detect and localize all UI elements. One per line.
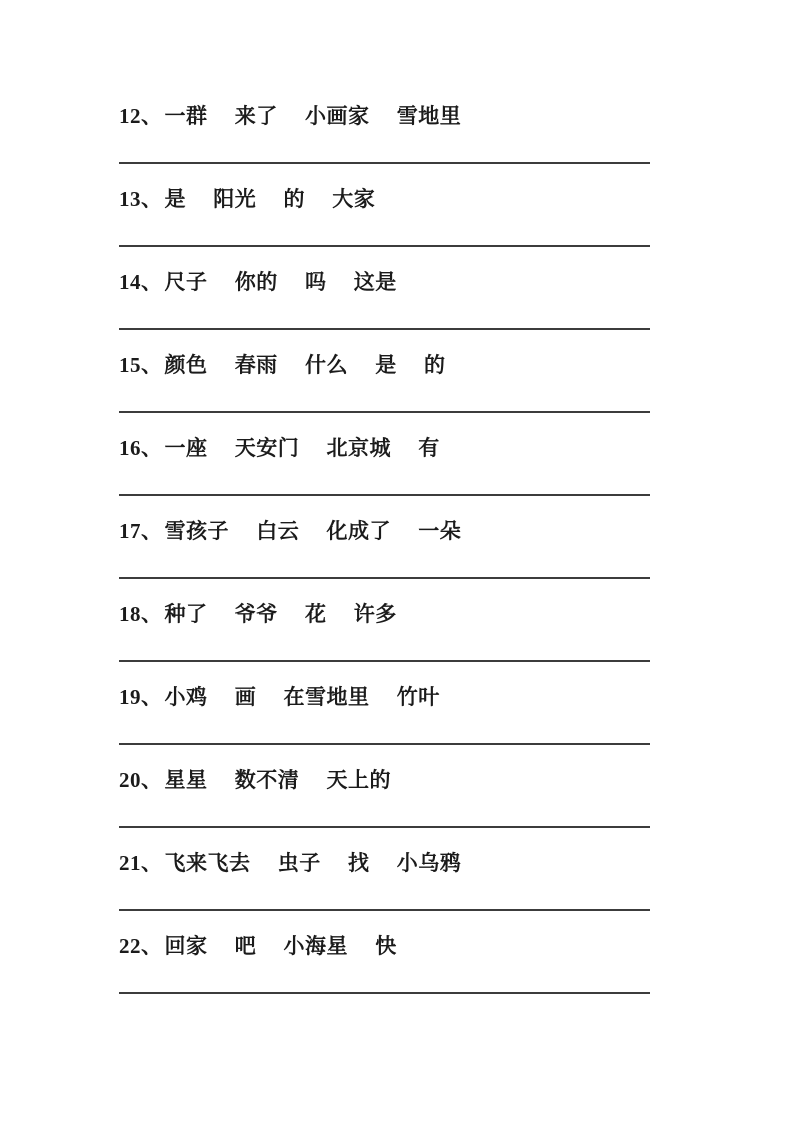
question-text: 20、星星 数不清 天上的 bbox=[119, 767, 650, 793]
item-words: 颜色 春雨 什么 是 的 bbox=[165, 353, 446, 377]
item-number: 15、 bbox=[119, 353, 163, 377]
question-text: 21、飞来飞去 虫子 找 小乌鸦 bbox=[119, 850, 650, 876]
answer-line bbox=[119, 162, 650, 164]
item-words: 一座 天安门 北京城 有 bbox=[165, 436, 440, 460]
question-item: 16、一座 天安门 北京城 有 bbox=[119, 435, 650, 496]
worksheet-content: 12、一群 来了 小画家 雪地里 13、是 阳光 的 大家 14、尺子 你的 吗… bbox=[119, 103, 650, 994]
answer-line bbox=[119, 992, 650, 994]
question-text: 17、雪孩子 白云 化成了 一朵 bbox=[119, 518, 650, 544]
question-text: 22、回家 吧 小海星 快 bbox=[119, 933, 650, 959]
item-number: 16、 bbox=[119, 436, 163, 460]
question-item: 20、星星 数不清 天上的 bbox=[119, 767, 650, 828]
question-item: 19、小鸡 画 在雪地里 竹叶 bbox=[119, 684, 650, 745]
question-text: 18、种了 爷爷 花 许多 bbox=[119, 601, 650, 627]
question-text: 19、小鸡 画 在雪地里 竹叶 bbox=[119, 684, 650, 710]
answer-line bbox=[119, 660, 650, 662]
item-words: 雪孩子 白云 化成了 一朵 bbox=[165, 519, 462, 543]
question-text: 15、颜色 春雨 什么 是 的 bbox=[119, 352, 650, 378]
answer-line bbox=[119, 743, 650, 745]
item-words: 回家 吧 小海星 快 bbox=[165, 934, 397, 958]
answer-line bbox=[119, 909, 650, 911]
item-number: 21、 bbox=[119, 851, 163, 875]
item-words: 小鸡 画 在雪地里 竹叶 bbox=[165, 685, 440, 709]
item-words: 种了 爷爷 花 许多 bbox=[165, 602, 397, 626]
question-item: 22、回家 吧 小海星 快 bbox=[119, 933, 650, 994]
answer-line bbox=[119, 494, 650, 496]
answer-line bbox=[119, 328, 650, 330]
question-item: 13、是 阳光 的 大家 bbox=[119, 186, 650, 247]
worksheet-page: 12、一群 来了 小画家 雪地里 13、是 阳光 的 大家 14、尺子 你的 吗… bbox=[0, 0, 793, 1122]
question-text: 13、是 阳光 的 大家 bbox=[119, 186, 650, 212]
question-text: 14、尺子 你的 吗 这是 bbox=[119, 269, 650, 295]
question-item: 14、尺子 你的 吗 这是 bbox=[119, 269, 650, 330]
item-words: 是 阳光 的 大家 bbox=[165, 187, 376, 211]
item-number: 13、 bbox=[119, 187, 163, 211]
question-item: 21、飞来飞去 虫子 找 小乌鸦 bbox=[119, 850, 650, 911]
item-number: 14、 bbox=[119, 270, 163, 294]
item-words: 星星 数不清 天上的 bbox=[165, 768, 392, 792]
item-words: 飞来飞去 虫子 找 小乌鸦 bbox=[165, 851, 462, 875]
answer-line bbox=[119, 245, 650, 247]
answer-line bbox=[119, 577, 650, 579]
item-number: 17、 bbox=[119, 519, 163, 543]
question-item: 17、雪孩子 白云 化成了 一朵 bbox=[119, 518, 650, 579]
question-text: 16、一座 天安门 北京城 有 bbox=[119, 435, 650, 461]
item-number: 12、 bbox=[119, 104, 163, 128]
question-item: 18、种了 爷爷 花 许多 bbox=[119, 601, 650, 662]
item-words: 尺子 你的 吗 这是 bbox=[165, 270, 397, 294]
item-number: 20、 bbox=[119, 768, 163, 792]
answer-line bbox=[119, 826, 650, 828]
item-number: 22、 bbox=[119, 934, 163, 958]
item-number: 19、 bbox=[119, 685, 163, 709]
question-item: 15、颜色 春雨 什么 是 的 bbox=[119, 352, 650, 413]
item-number: 18、 bbox=[119, 602, 163, 626]
answer-line bbox=[119, 411, 650, 413]
item-words: 一群 来了 小画家 雪地里 bbox=[165, 104, 462, 128]
question-text: 12、一群 来了 小画家 雪地里 bbox=[119, 103, 650, 129]
question-item: 12、一群 来了 小画家 雪地里 bbox=[119, 103, 650, 164]
